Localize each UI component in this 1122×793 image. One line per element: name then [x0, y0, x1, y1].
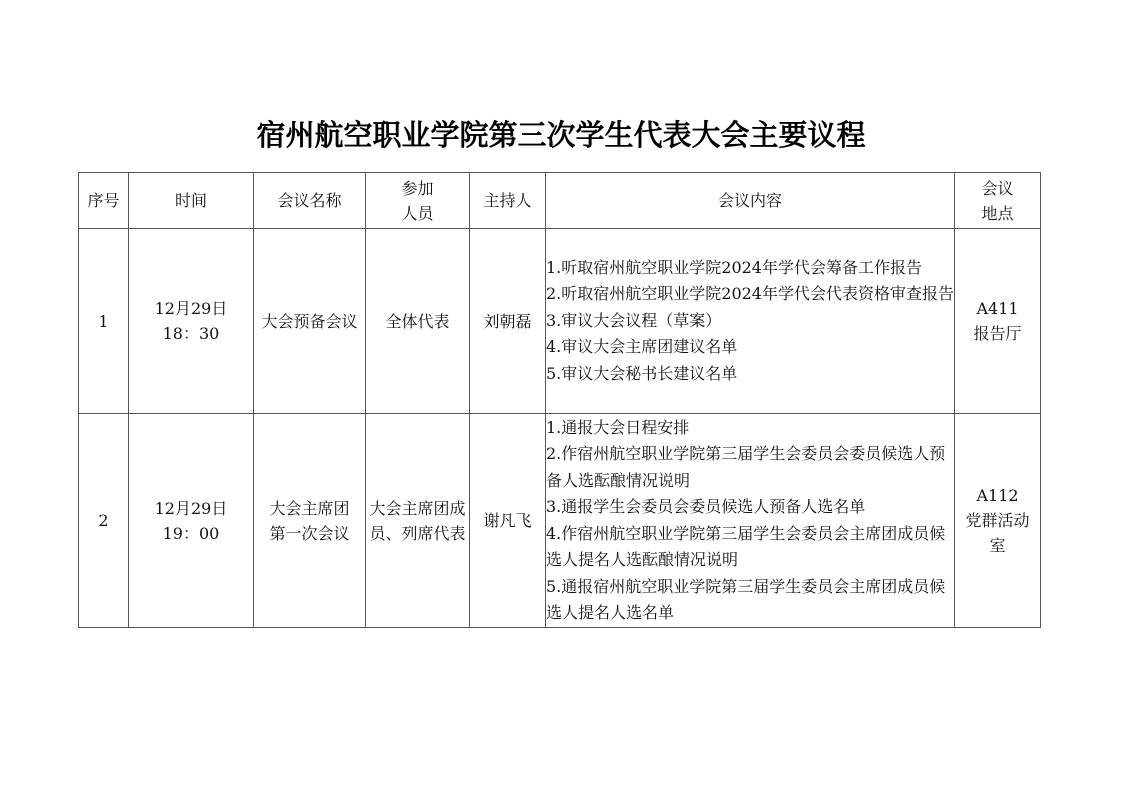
cell-host: 谢凡飞: [470, 414, 546, 628]
cell-date: 12月29日: [129, 496, 253, 521]
cell-meeting-name: 大会主席团第一次会议: [254, 414, 366, 628]
agenda-item: 1.通报大会日程安排: [546, 415, 954, 442]
header-participants: 参加 人员: [366, 173, 470, 229]
cell-seq: 1: [79, 229, 129, 414]
location-room: A411: [955, 296, 1040, 321]
cell-host: 刘朝磊: [470, 229, 546, 414]
cell-participants: 全体代表: [366, 229, 470, 414]
cell-time: 12月29日 19：00: [129, 414, 254, 628]
agenda-item: 1.听取宿州航空职业学院2024年学代会筹备工作报告: [546, 255, 954, 282]
header-seq: 序号: [79, 173, 129, 229]
header-participants-line1: 参加: [366, 176, 469, 201]
location-name: 报告厅: [955, 321, 1040, 346]
header-time: 时间: [129, 173, 254, 229]
cell-seq: 2: [79, 414, 129, 628]
cell-clock: 19：00: [129, 521, 253, 546]
cell-location: A112 党群活动室: [955, 414, 1041, 628]
cell-clock: 18：30: [129, 321, 253, 346]
location-name: 党群活动室: [959, 508, 1036, 558]
table-row: 1 12月29日 18：30 大会预备会议 全体代表 刘朝磊 1.听取宿州航空职…: [79, 229, 1041, 414]
agenda-table: 序号 时间 会议名称 参加 人员 主持人 会议内容 会议 地点 1 12月29日…: [78, 172, 1041, 628]
agenda-item: 5.审议大会秘书长建议名单: [546, 361, 954, 388]
agenda-item: 2.听取宿州航空职业学院2024年学代会代表资格审查报告: [546, 281, 954, 308]
cell-content: 1.通报大会日程安排 2.作宿州航空职业学院第三届学生会委员会委员候选人预备人选…: [546, 414, 955, 628]
header-location: 会议 地点: [955, 173, 1041, 229]
header-location-line2: 地点: [955, 201, 1040, 226]
cell-time: 12月29日 18：30: [129, 229, 254, 414]
location-room: A112: [959, 483, 1036, 508]
header-host: 主持人: [470, 173, 546, 229]
cell-meeting-name: 大会预备会议: [254, 229, 366, 414]
agenda-item: 3.通报学生会委员会委员候选人预备人选名单: [546, 494, 954, 521]
header-row: 序号 时间 会议名称 参加 人员 主持人 会议内容 会议 地点: [79, 173, 1041, 229]
agenda-item: 5.通报宿州航空职业学院第三届学生委员会主席团成员候选人提名人选名单: [546, 574, 954, 627]
header-location-line1: 会议: [955, 176, 1040, 201]
agenda-item: 2.作宿州航空职业学院第三届学生会委员会委员候选人预备人选酝酿情况说明: [546, 441, 954, 494]
agenda-item: 4.审议大会主席团建议名单: [546, 334, 954, 361]
agenda-item: 3.审议大会议程（草案）: [546, 308, 954, 335]
cell-participants: 大会主席团成员、列席代表: [366, 414, 470, 628]
header-content: 会议内容: [546, 173, 955, 229]
agenda-item: 4.作宿州航空职业学院第三届学生会委员会主席团成员候选人提名人选酝酿情况说明: [546, 521, 954, 574]
cell-date: 12月29日: [129, 296, 253, 321]
participants-text: 大会主席团成员、列席代表: [369, 499, 465, 543]
meeting-name-text: 大会主席团第一次会议: [269, 499, 349, 543]
cell-content: 1.听取宿州航空职业学院2024年学代会筹备工作报告 2.听取宿州航空职业学院2…: [546, 229, 955, 414]
cell-location: A411 报告厅: [955, 229, 1041, 414]
header-participants-line2: 人员: [366, 201, 469, 226]
header-name: 会议名称: [254, 173, 366, 229]
document-title: 宿州航空职业学院第三次学生代表大会主要议程: [0, 113, 1122, 154]
table-row: 2 12月29日 19：00 大会主席团第一次会议 大会主席团成员、列席代表 谢…: [79, 414, 1041, 628]
